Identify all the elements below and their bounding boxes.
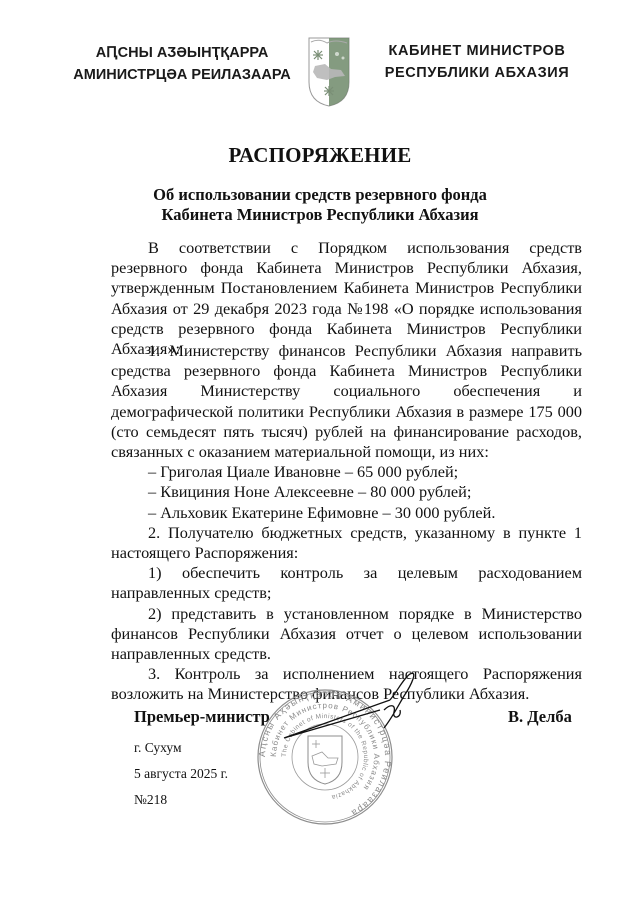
letterhead-abkhaz-line1: АԤСНЫ АӠӘЫНҬҚАРРА [62, 42, 302, 64]
letterhead-abkhaz-line2: АМИНИСТРЦӘА РЕИЛАЗААРА [62, 64, 302, 86]
document-number: №218 [134, 792, 167, 808]
handwritten-signature [272, 670, 422, 760]
item-2-2: 2) представить в установленном порядке в… [111, 604, 582, 665]
letterhead-russian-line2: РЕСПУБЛИКИ АБХАЗИЯ [362, 62, 592, 84]
letterhead-abkhaz: АԤСНЫ АӠӘЫНҬҚАРРА АМИНИСТРЦӘА РЕИЛАЗААРА [62, 42, 302, 86]
signatory-name: В. Делба [508, 707, 572, 727]
recipient-3: – Альховик Екатерине Ефимовне – 30 000 р… [111, 503, 582, 523]
item-1: 1. Министерству финансов Республики Абха… [111, 341, 582, 462]
letterhead-russian-line1: КАБИНЕТ МИНИСТРОВ [362, 40, 592, 62]
signatory-role: Премьер-министр [134, 707, 270, 727]
coat-of-arms-icon [307, 36, 351, 108]
document-title: РАСПОРЯЖЕНИЕ [0, 143, 640, 168]
recipient-2: – Квициния Ноне Алексеевне – 80 000 рубл… [111, 482, 582, 502]
document-date: 5 августа 2025 г. [134, 766, 228, 782]
subtitle-line2: Кабинета Министров Республики Абхазия [0, 205, 640, 225]
item-2-1: 1) обеспечить контроль за целевым расход… [111, 563, 582, 603]
subtitle-line1: Об использовании средств резервного фонд… [0, 185, 640, 205]
letterhead-russian: КАБИНЕТ МИНИСТРОВ РЕСПУБЛИКИ АБХАЗИЯ [362, 40, 592, 84]
recipient-1: – Григолая Циале Ивановне – 65 000 рубле… [111, 462, 582, 482]
item-2: 2. Получателю бюджетных средств, указанн… [111, 523, 582, 563]
document-subtitle: Об использовании средств резервного фонд… [0, 185, 640, 225]
order-items: 1. Министерству финансов Республики Абха… [111, 341, 582, 705]
document-city: г. Сухум [134, 740, 182, 756]
